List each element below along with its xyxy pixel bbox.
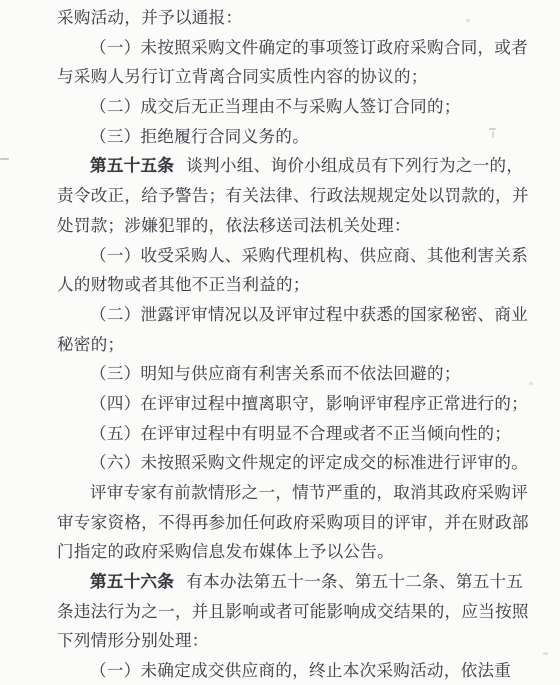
scan-artifact (529, 382, 533, 385)
line-text: （二）成交后无正当理由不与采购人签订合同的； (90, 97, 461, 116)
text-line: 责令改正，给予警告；有关法律、行政法规规定处以罚款的，并 (57, 181, 539, 211)
line-text: 审专家资格，不得再参加任何政府采购项目的评审，并在财政部 (57, 513, 529, 532)
line-text: （一）未确定成交供应商的，终止本次采购活动，依法重 (90, 661, 511, 680)
article-heading-line: 第五十六条有本办法第五十一条、第五十二条、第五十五 (57, 567, 539, 597)
line-text: 下列情形分别处理： (57, 631, 209, 650)
line-text: 门指定的政府采购信息发布媒体上予以公告。 (57, 542, 394, 561)
text-line: （二）成交后无正当理由不与采购人签订合同的； (57, 92, 539, 122)
scan-artifact (489, 128, 496, 130)
scan-artifact (543, 652, 548, 655)
text-line: 处罚款；涉嫌犯罪的，依法移送司法机关处理： (57, 211, 539, 241)
text-line: 人的财物或者其他不正当利益的； (57, 270, 539, 300)
article-heading-line: 第五十五条谈判小组、询价小组成员有下列行为之一的， (57, 151, 539, 181)
line-text: 秘密的； (57, 335, 124, 354)
text-line: 下列情形分别处理： (57, 626, 539, 656)
scan-artifact (492, 131, 494, 138)
text-line: （五）在评审过程中有明显不合理或者不正当倾向性的； (57, 419, 539, 449)
line-text: （二）泄露评审情况以及评审过程中获悉的国家秘密、商业 (90, 305, 528, 324)
line-text: 有本办法第五十一条、第五十二条、第五十五 (186, 572, 523, 591)
line-text: （六）未按照采购文件规定的评定成交的标准进行评审的。 (90, 453, 528, 472)
line-text: 与采购人另行订立背离合同实质性内容的协议的； (57, 67, 428, 86)
text-line: （一）收受采购人、采购代理机构、供应商、其他利害关系 (57, 241, 539, 271)
text-line: （二）泄露评审情况以及评审过程中获悉的国家秘密、商业 (57, 300, 539, 330)
line-text: 条违法行为之一，并且影响或者可能影响成交结果的，应当按照 (57, 602, 529, 621)
article-number: 第五十五条 (90, 156, 174, 175)
text-line: （四）在评审过程中擅离职守，影响评审程序正常进行的； (57, 389, 539, 419)
line-text: （三）拒绝履行合同义务的。 (90, 127, 309, 146)
text-line: 条违法行为之一，并且影响或者可能影响成交结果的，应当按照 (57, 597, 539, 627)
text-line: （一）未按照采购文件确定的事项签订政府采购合同，或者 (57, 33, 539, 63)
text-line: 审专家资格，不得再参加任何政府采购项目的评审，并在财政部 (57, 508, 539, 538)
document-text-block: 采购活动，并予以通报：（一）未按照采购文件确定的事项签订政府采购合同，或者与采购… (57, 3, 539, 685)
line-text: （四）在评审过程中擅离职守，影响评审程序正常进行的； (90, 394, 528, 413)
document-page: 采购活动，并予以通报：（一）未按照采购文件确定的事项签订政府采购合同，或者与采购… (0, 0, 560, 685)
text-line: 与采购人另行订立背离合同实质性内容的协议的； (57, 62, 539, 92)
line-text: 责令改正，给予警告；有关法律、行政法规规定处以罚款的，并 (57, 186, 529, 205)
text-line: 门指定的政府采购信息发布媒体上予以公告。 (57, 537, 539, 567)
line-text: （一）收受采购人、采购代理机构、供应商、其他利害关系 (90, 246, 528, 265)
text-line: （六）未按照采购文件规定的评定成交的标准进行评审的。 (57, 448, 539, 478)
article-number: 第五十六条 (90, 572, 174, 591)
text-line: 秘密的； (57, 330, 539, 360)
line-text: 评审专家有前款情形之一，情节严重的，取消其政府采购评 (90, 483, 528, 502)
text-line: 评审专家有前款情形之一，情节严重的，取消其政府采购评 (57, 478, 539, 508)
line-text: 人的财物或者其他不正当利益的； (57, 275, 310, 294)
line-text: （三）明知与供应商有利害关系而不依法回避的； (90, 364, 461, 383)
line-text: 处罚款；涉嫌犯罪的，依法移送司法机关处理： (57, 216, 411, 235)
line-text: （一）未按照采购文件确定的事项签订政府采购合同，或者 (90, 38, 528, 57)
line-text: 谈判小组、询价小组成员有下列行为之一的， (186, 156, 523, 175)
scan-artifact (0, 158, 9, 160)
text-line: （三）明知与供应商有利害关系而不依法回避的； (57, 359, 539, 389)
line-text: （五）在评审过程中有明显不合理或者不正当倾向性的； (90, 424, 511, 443)
text-line: （三）拒绝履行合同义务的。 (57, 122, 539, 152)
text-line: （一）未确定成交供应商的，终止本次采购活动，依法重 (57, 656, 539, 685)
line-text: 采购活动，并予以通报： (57, 8, 242, 27)
